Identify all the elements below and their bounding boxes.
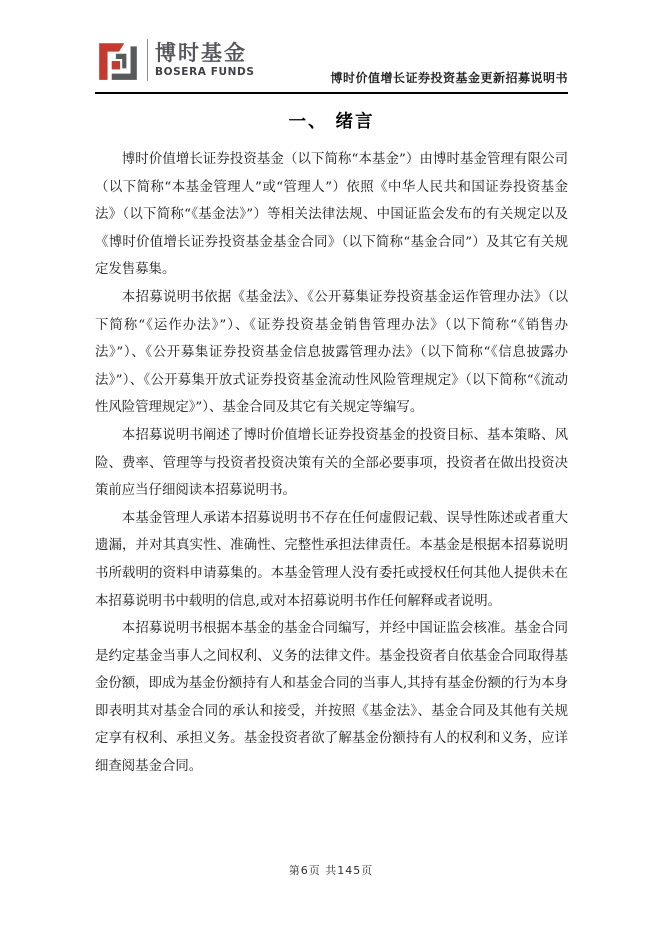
logo-divider [147,39,148,81]
logo-name-chinese: 博时基金 [155,43,255,64]
bosera-logo: 博时基金 BOSERA FUNDS [95,36,255,84]
paragraph-1: 博时价值增长证券投资基金（以下简称“本基金”）由博时基金管理有限公司（以下简称“… [95,146,568,284]
section-title: 一、 绪言 [95,108,568,133]
paragraph-4: 本基金管理人承诺本招募说明书不存在任何虚假记载、误导性陈述或者重大遗漏，并对其真… [95,505,568,615]
page-header: 博时基金 BOSERA FUNDS 博时价值增长证券投资基金更新招募说明书 [95,0,568,94]
logo-wordmark: 博时基金 BOSERA FUNDS [155,43,255,78]
paragraph-3: 本招募说明书阐述了博时价值增长证券投资基金的投资目标、基本策略、风险、费率、管理… [95,422,568,505]
document-page: 博时基金 BOSERA FUNDS 博时价值增长证券投资基金更新招募说明书 一、… [0,0,662,936]
paragraph-5: 本招募说明书根据本基金的基金合同编写，并经中国证监会核准。基金合同是约定基金当事… [95,615,568,781]
document-body: 博时价值增长证券投资基金（以下简称“本基金”）由博时基金管理有限公司（以下简称“… [95,146,568,781]
document-running-title: 博时价值增长证券投资基金更新招募说明书 [330,69,568,86]
page-footer: 第6页 共145页 [0,862,662,878]
page-number: 第6页 共145页 [289,864,374,877]
bosera-logo-icon [95,37,141,83]
logo-name-english: BOSERA FUNDS [155,67,255,78]
paragraph-2: 本招募说明书依据《基金法》、《公开募集证券投资基金运作管理办法》（以下简称“《运… [95,284,568,422]
